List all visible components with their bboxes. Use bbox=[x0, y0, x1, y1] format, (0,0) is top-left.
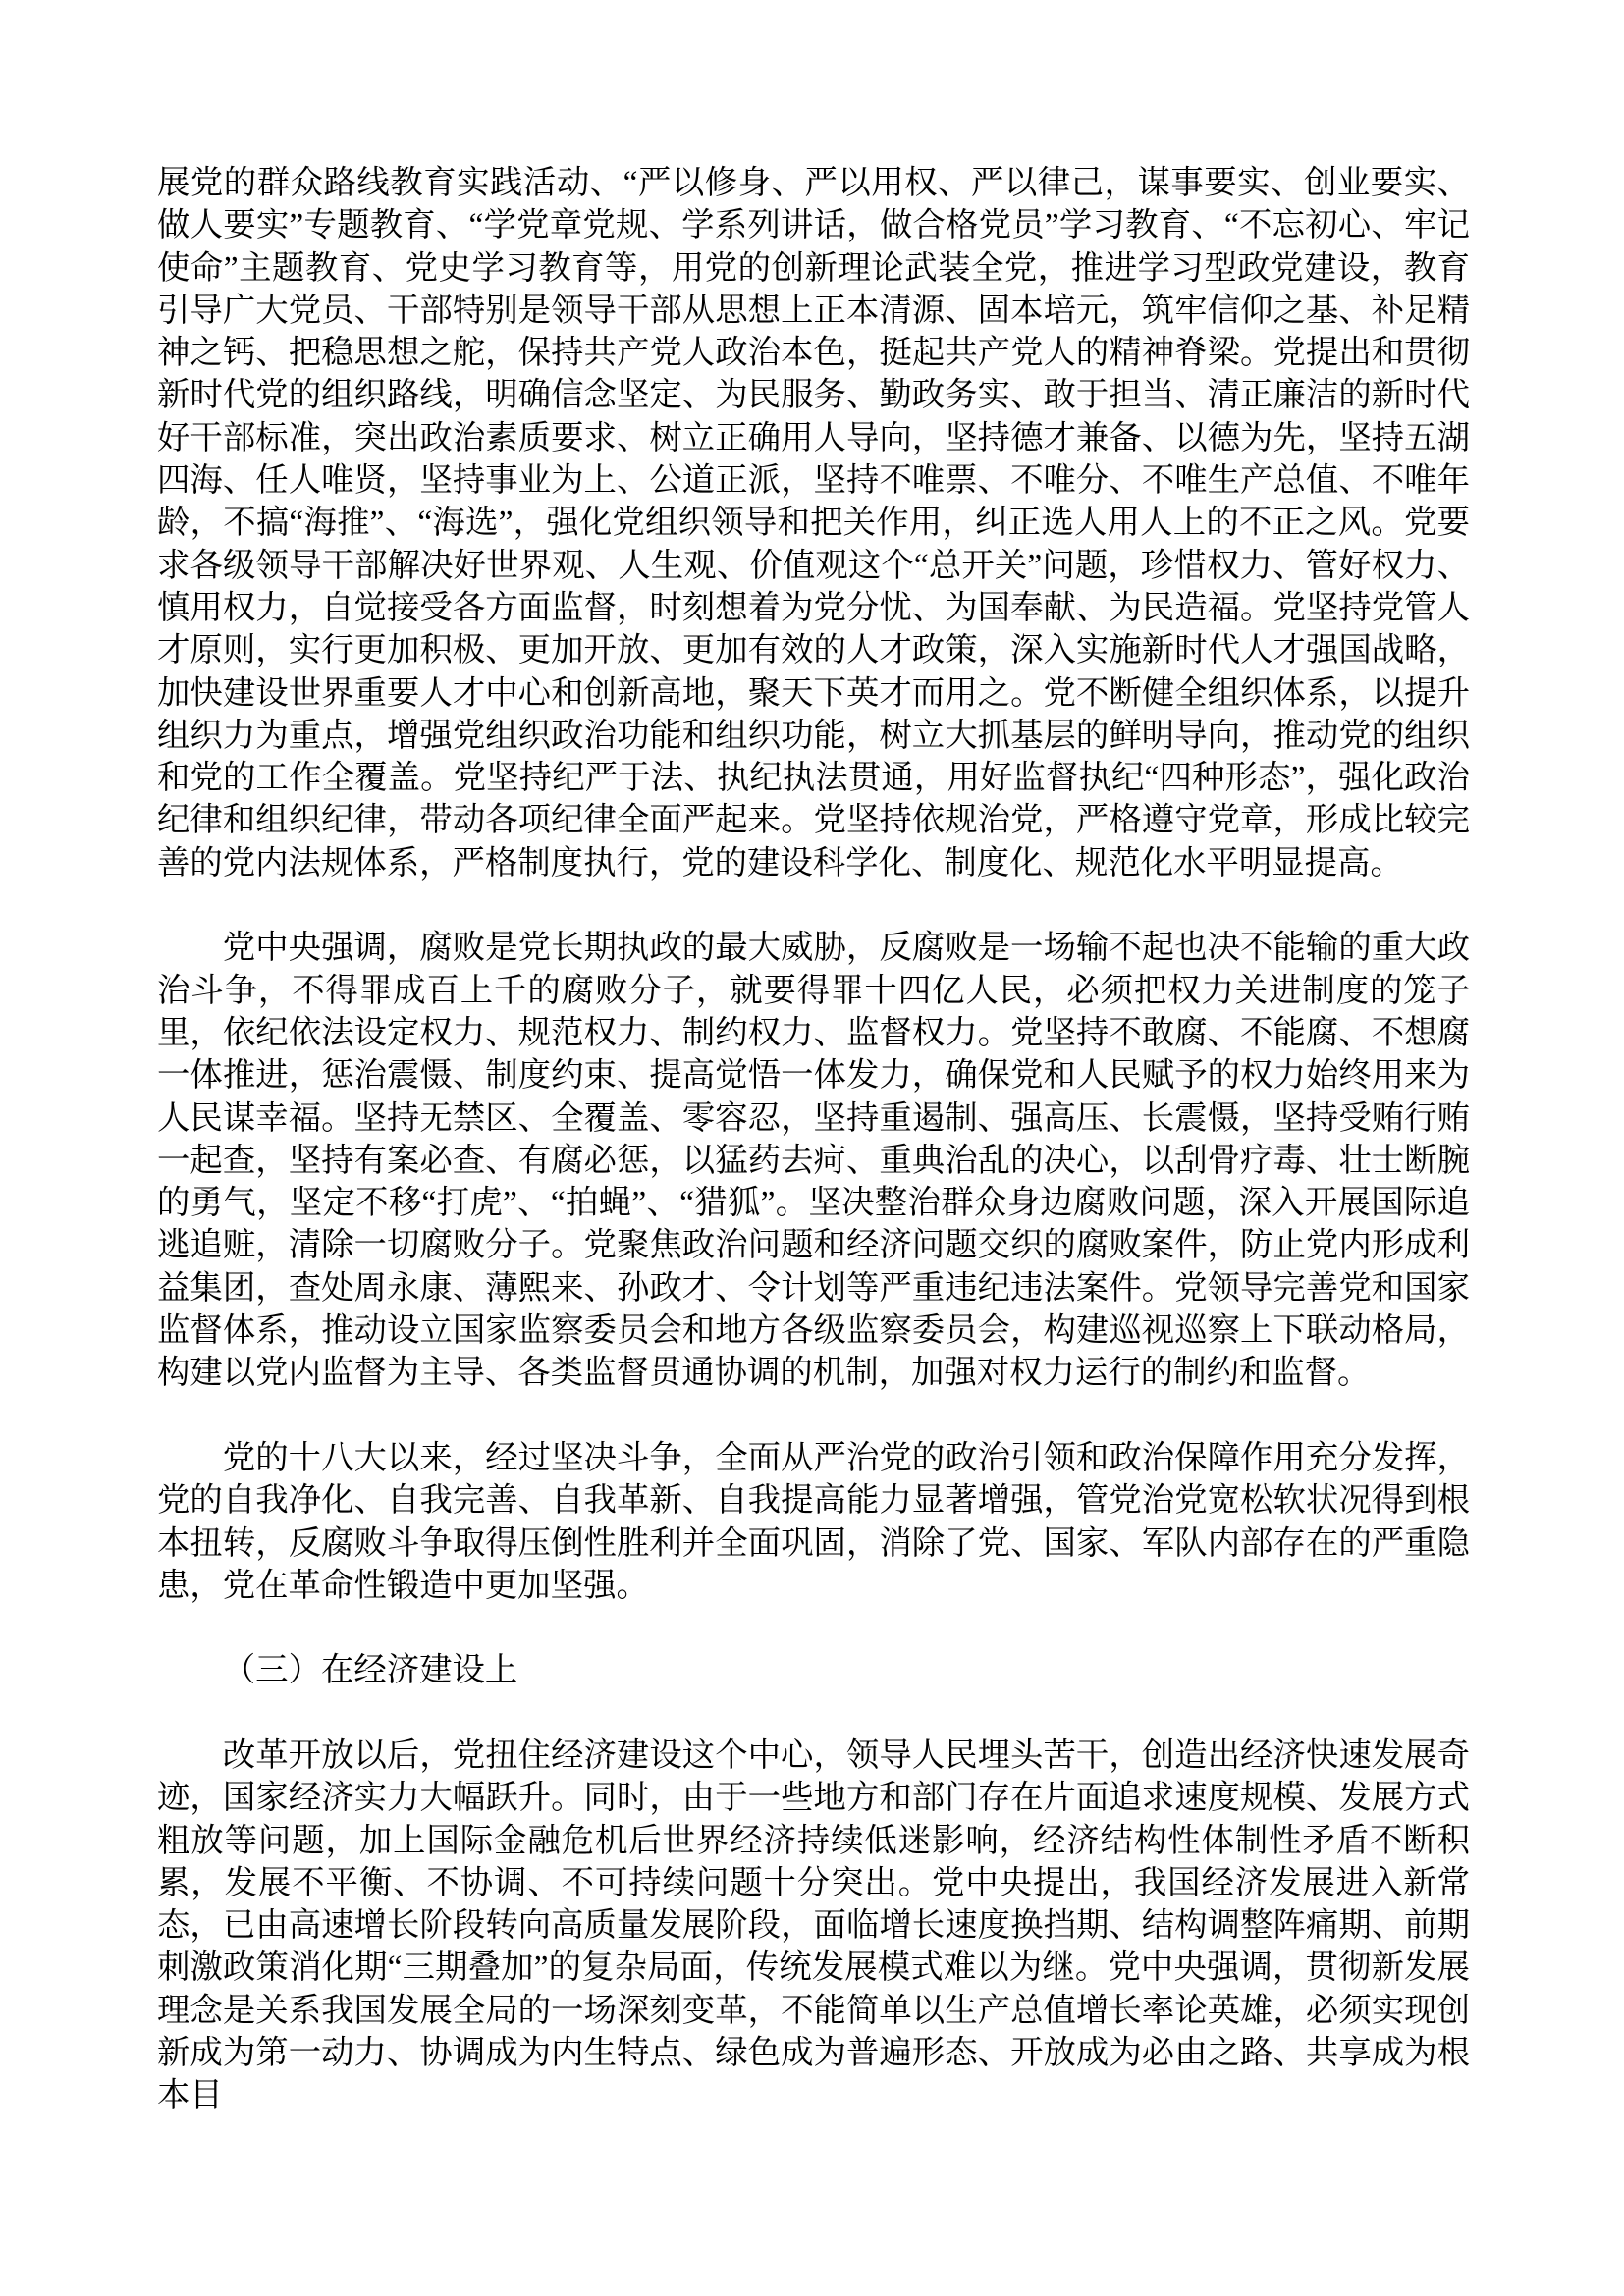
document-page: 展党的群众路线教育实践活动、“严以修身、严以用权、严以律己，谋事要实、创业要实、… bbox=[0, 0, 1624, 2296]
section-heading: （三）在经济建设上 bbox=[157, 1649, 1470, 1691]
body-paragraph: 党中央强调，腐败是党长期执政的最大威胁，反腐败是一场输不起也决不能输的重大政治斗… bbox=[157, 927, 1470, 1394]
body-paragraph: 展党的群众路线教育实践活动、“严以修身、严以用权、严以律己，谋事要实、创业要实、… bbox=[157, 162, 1470, 884]
body-paragraph: 改革开放以后，党扭住经济建设这个中心，领导人民埋头苦干，创造出经济快速发展奇迹，… bbox=[157, 1735, 1470, 2117]
body-paragraph: 党的十八大以来，经过坚决斗争，全面从严治党的政治引领和政治保障作用充分发挥，党的… bbox=[157, 1437, 1470, 1607]
text-block: 展党的群众路线教育实践活动、“严以修身、严以用权、严以律己，谋事要实、创业要实、… bbox=[157, 162, 1470, 2117]
